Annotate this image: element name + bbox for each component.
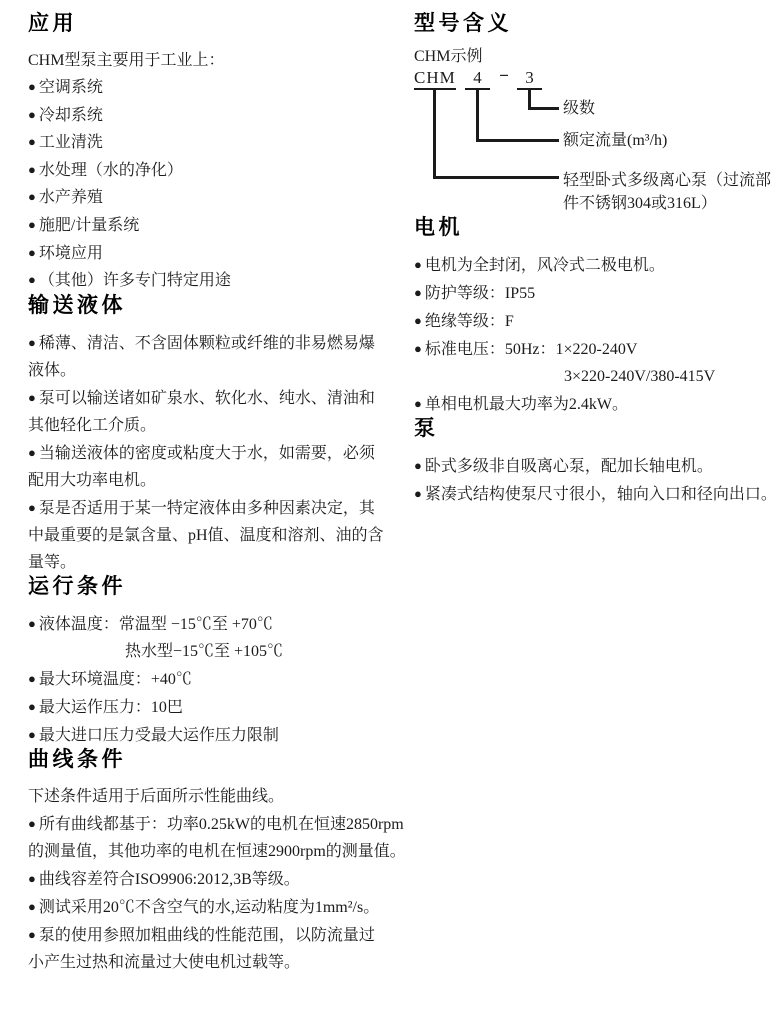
list-item: ●空调系统 [28, 74, 390, 102]
model-code-series: CHM [414, 69, 456, 90]
list-item: ●卧式多级非自吸离心泵，配加长轴电机。 [414, 452, 780, 480]
list-item-text: 单相电机最大功率为2.4kW。 [425, 396, 628, 413]
liquids-heading: 输送液体 [28, 295, 390, 316]
list-item-text: 工业清洗 [39, 134, 103, 151]
list-item: ●防护等级：IP55 [414, 279, 780, 307]
list-item-text: 空调系统 [39, 79, 103, 96]
list-item-text: 最大运作压力：10巴 [39, 699, 183, 716]
bullet-marker: ● [414, 313, 422, 328]
bullet-marker: ● [28, 727, 36, 742]
section-liquids: 输送液体 ●稀薄、清洁、不含固体颗粒或纤维的非易燃易爆液体。 ●泵可以输送诸如矿… [28, 295, 390, 576]
list-item-text: 曲线容差符合ISO9906:2012,3B等级。 [39, 871, 300, 888]
section-curve-conditions: 曲线条件 下述条件适用于后面所示性能曲线。 ●所有曲线都基于：功率0.25kW的… [28, 749, 390, 976]
list-item: ●电机为全封闭，风冷式二极电机。 [414, 251, 780, 279]
connector-stages-vline [528, 88, 531, 109]
section-operating-conditions: 运行条件 ●液体温度：常温型 −15℃至 +70℃ 热水型−15℃至 +105℃… [28, 576, 390, 749]
model-heading: 型号含义 [414, 13, 780, 34]
list-item-text: 泵的使用参照加粗曲线的性能范围，以防流量过小产生过热和流量过大使电机过载等。 [28, 927, 375, 971]
bullet-marker: ● [414, 285, 422, 300]
list-item: ●泵是否适用于某一特定液体由多种因素决定，其中最重要的是氯含量、pH值、温度和溶… [28, 494, 390, 576]
connector-series-vline [433, 88, 436, 178]
list-item-text: 稀薄、清洁、不含固体颗粒或纤维的非易燃易爆液体。 [28, 335, 375, 379]
list-item-text: 施肥/计量系统 [39, 217, 139, 234]
bullet-marker: ● [28, 162, 36, 177]
left-column: 应用 CHM型泵主要用于工业上： ●空调系统 ●冷却系统 ●工业清洗 ●水处理（… [28, 13, 390, 976]
bullet-marker: ● [28, 899, 36, 914]
voltage-continuation-line: 3×220-240V/380-415V [414, 363, 780, 390]
applications-intro: CHM型泵主要用于工业上： [28, 47, 390, 74]
list-item: ●测试采用20℃不含空气的水,运动粘度为1mm²/s。 [28, 893, 390, 921]
bullet-marker: ● [28, 390, 36, 405]
list-item: ●水处理（水的净化） [28, 157, 390, 185]
bullet-marker: ● [414, 458, 422, 473]
list-item: ●最大运作压力：10巴 [28, 693, 390, 721]
list-item-text: 当输送液体的密度或粘度大于水，如需要，必须配用大功率电机。 [28, 445, 375, 489]
list-item: ●（其他）许多专门特定用途 [28, 267, 390, 295]
list-item-text: 泵可以输送诸如矿泉水、软化水、纯水、清油和其他轻化工介质。 [28, 390, 375, 434]
list-item: ●施肥/计量系统 [28, 212, 390, 240]
bullet-marker: ● [414, 396, 422, 411]
list-item: ●液体温度：常温型 −15℃至 +70℃ [28, 610, 390, 638]
list-item-text: 电机为全封闭，风冷式二极电机。 [425, 257, 665, 274]
list-item: ●紧凑式结构使泵尺寸很小，轴向入口和径向出口。 [414, 480, 780, 508]
list-item-text: 水产养殖 [39, 189, 103, 206]
list-item-text: 紧凑式结构使泵尺寸很小，轴向入口和径向出口。 [425, 486, 777, 503]
list-item: ●泵可以输送诸如矿泉水、软化水、纯水、清油和其他轻化工介质。 [28, 384, 390, 439]
list-item-text: 泵是否适用于某一特定液体由多种因素决定，其中最重要的是氯含量、pH值、温度和溶剂… [28, 500, 384, 571]
bullet-marker: ● [28, 671, 36, 686]
bullet-marker: ● [28, 107, 36, 122]
connector-stages-hline [528, 107, 559, 110]
bullet-marker: ● [28, 500, 36, 515]
bullet-marker: ● [28, 189, 36, 204]
bullet-marker: ● [28, 134, 36, 149]
list-item-text: 最大环境温度：+40℃ [39, 671, 192, 688]
pump-heading: 泵 [414, 418, 780, 439]
section-pump: 泵 ●卧式多级非自吸离心泵，配加长轴电机。 ●紧凑式结构使泵尺寸很小，轴向入口和… [414, 418, 780, 508]
bullet-marker: ● [28, 927, 36, 942]
list-item: ●最大进口压力受最大运作压力限制 [28, 721, 390, 749]
motor-heading: 电机 [414, 217, 780, 238]
section-motor: 电机 ●电机为全封闭，风冷式二极电机。 ●防护等级：IP55 ●绝缘等级：F ●… [414, 217, 780, 418]
curve-heading: 曲线条件 [28, 749, 390, 770]
section-model-designation: 型号含义 CHM示例 CHM 4 − 3 级数 额定流量(m³/h) 轻型卧式多… [414, 13, 780, 217]
operating-heading: 运行条件 [28, 576, 390, 597]
curve-intro: 下述条件适用于后面所示性能曲线。 [28, 783, 390, 810]
flow-label: 额定流量(m³/h) [563, 133, 667, 149]
bullet-marker: ● [28, 616, 36, 631]
section-applications: 应用 CHM型泵主要用于工业上： ●空调系统 ●冷却系统 ●工业清洗 ●水处理（… [28, 13, 390, 295]
bullet-marker: ● [28, 816, 36, 831]
model-code-flow: 4 [465, 69, 490, 90]
list-item-text: 所有曲线都基于：功率0.25kW的电机在恒速2850rpm [39, 816, 404, 833]
list-item: ●工业清洗 [28, 129, 390, 157]
model-code-stages: 3 [517, 69, 542, 90]
connector-flow-hline [476, 139, 559, 142]
list-item-text: 标准电压：50Hz：1×220-240V [425, 341, 638, 358]
list-item-text: （其他）许多专门特定用途 [39, 272, 231, 289]
model-code-diagram: CHM 4 − 3 级数 额定流量(m³/h) 轻型卧式多级离心泵（过流部件不锈… [414, 69, 780, 217]
list-item-text: 环境应用 [39, 245, 103, 262]
model-example-label: CHM示例 [414, 47, 780, 67]
list-item: ●标准电压：50Hz：1×220-240V [414, 335, 780, 363]
bullet-marker: ● [414, 257, 422, 272]
list-item: ●单相电机最大功率为2.4kW。 [414, 390, 780, 418]
connector-series-hline [433, 176, 559, 179]
list-item-text: 冷却系统 [39, 107, 103, 124]
list-item-text: 卧式多级非自吸离心泵，配加长轴电机。 [425, 458, 713, 475]
list-item-text: 防护等级：IP55 [425, 285, 535, 302]
bullet-marker: ● [28, 445, 36, 460]
list-item: ●所有曲线都基于：功率0.25kW的电机在恒速2850rpm [28, 810, 390, 838]
list-item-text: 绝缘等级：F [425, 313, 514, 330]
connector-flow-vline [476, 88, 479, 141]
document-page: 应用 CHM型泵主要用于工业上： ●空调系统 ●冷却系统 ●工业清洗 ●水处理（… [0, 0, 780, 976]
list-item: ●曲线容差符合ISO9906:2012,3B等级。 [28, 865, 390, 893]
right-column: 型号含义 CHM示例 CHM 4 − 3 级数 额定流量(m³/h) 轻型卧式多… [414, 13, 780, 976]
list-item: ●绝缘等级：F [414, 307, 780, 335]
bullet-marker: ● [414, 341, 422, 356]
bullet-marker: ● [28, 699, 36, 714]
bullet-marker: ● [28, 272, 36, 287]
bullet-marker: ● [28, 245, 36, 260]
list-item: ●泵的使用参照加粗曲线的性能范围，以防流量过小产生过热和流量过大使电机过载等。 [28, 921, 390, 976]
list-item: ●稀薄、清洁、不含固体颗粒或纤维的非易燃易爆液体。 [28, 329, 390, 384]
list-item: ●环境应用 [28, 240, 390, 268]
temp-continuation-line: 热水型−15℃至 +105℃ [28, 638, 390, 665]
list-item: ●冷却系统 [28, 102, 390, 130]
bullet-marker: ● [28, 335, 36, 350]
bullet-marker: ● [28, 217, 36, 232]
stages-label: 级数 [563, 101, 595, 117]
list-item-text: 测试采用20℃不含空气的水,运动粘度为1mm²/s。 [39, 899, 379, 916]
bullet-marker: ● [28, 79, 36, 94]
list-item: ●当输送液体的密度或粘度大于水，如需要，必须配用大功率电机。 [28, 439, 390, 494]
curve-basis-continuation: 的测量值，其他功率的电机在恒速2900rpm的测量值。 [28, 838, 390, 865]
list-item: ●最大环境温度：+40℃ [28, 665, 390, 693]
model-code-dash: − [493, 67, 515, 84]
list-item: ●水产养殖 [28, 184, 390, 212]
series-label: 轻型卧式多级离心泵（过流部件不锈钢304或316L） [563, 169, 780, 215]
list-item-text: 液体温度：常温型 −15℃至 +70℃ [39, 616, 273, 633]
list-item-text: 水处理（水的净化） [39, 162, 183, 179]
applications-heading: 应用 [28, 13, 390, 34]
bullet-marker: ● [28, 871, 36, 886]
list-item-text: 最大进口压力受最大运作压力限制 [39, 727, 279, 744]
bullet-marker: ● [414, 486, 422, 501]
